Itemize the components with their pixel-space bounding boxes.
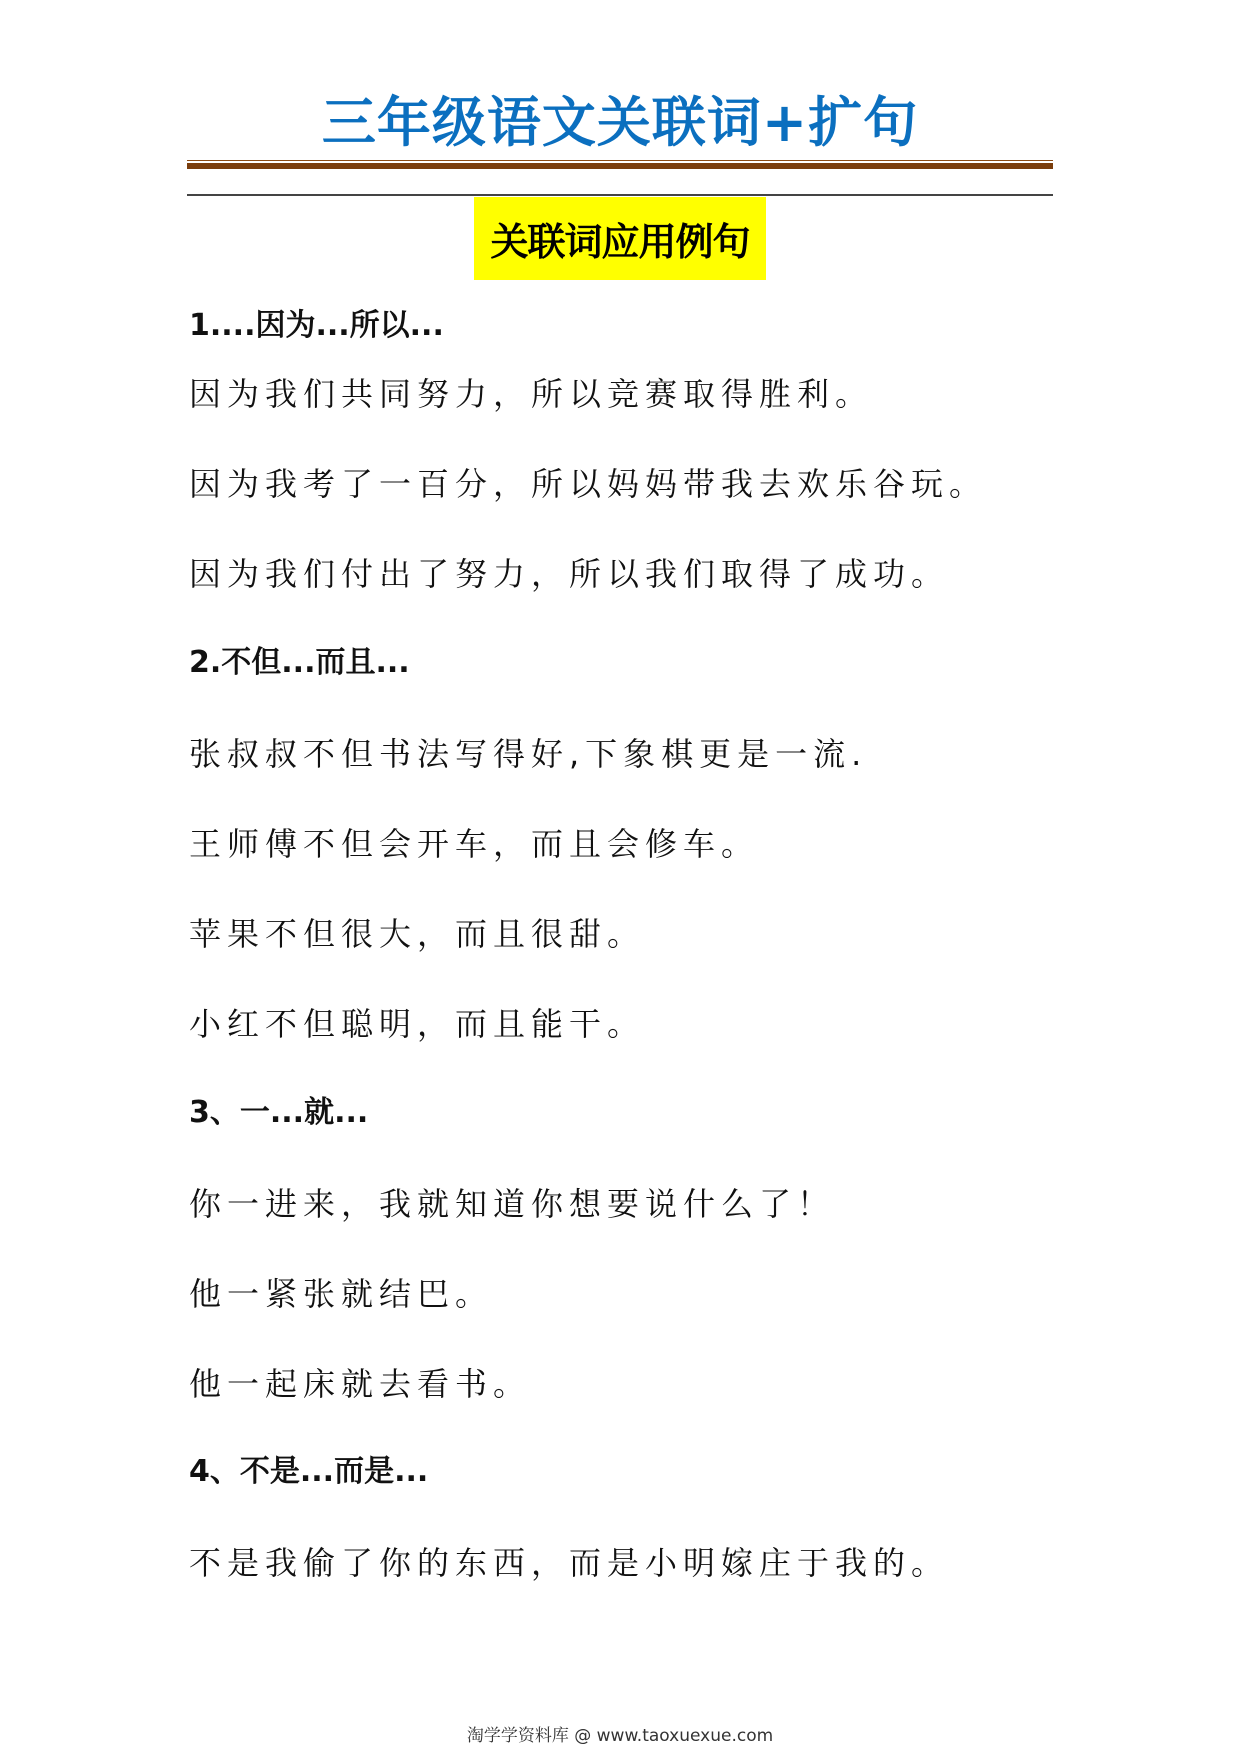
footer-watermark: 淘学学资料库 @ www.taoxuexue.com <box>0 1724 1240 1748</box>
subtitle-highlight: 关联词应用例句 <box>474 197 766 280</box>
example-sentence: 因为我考了一百分，所以妈妈带我去欢乐谷玩。 <box>189 464 987 504</box>
section-heading-2: 2.不但...而且... <box>189 643 410 683</box>
example-sentence: 因为我们共同努力，所以竞赛取得胜利。 <box>189 374 873 414</box>
example-sentence: 张叔叔不但书法写得好,下象棋更是一流. <box>189 734 867 774</box>
example-sentence: 王师傅不但会开车，而且会修车。 <box>189 824 759 864</box>
example-sentence: 苹果不但很大，而且很甜。 <box>189 914 645 954</box>
section-heading-3: 3、一...就... <box>189 1093 368 1133</box>
example-sentence: 因为我们付出了努力，所以我们取得了成功。 <box>189 554 949 594</box>
example-sentence: 不是我偷了你的东西，而是小明嫁庄于我的。 <box>189 1543 949 1583</box>
example-sentence: 小红不但聪明，而且能干。 <box>189 1004 645 1044</box>
document-title: 三年级语文关联词+扩句 <box>0 88 1240 158</box>
example-sentence: 你一进来，我就知道你想要说什么了！ <box>189 1184 835 1224</box>
title-divider-thin <box>187 160 1053 161</box>
section-heading-4: 4、不是...而是... <box>189 1452 428 1492</box>
subtitle: 关联词应用例句 <box>490 211 749 266</box>
header-rule <box>187 194 1053 196</box>
section-heading-1: 1....因为...所以... <box>189 306 444 346</box>
example-sentence: 他一紧张就结巴。 <box>189 1274 493 1314</box>
example-sentence: 他一起床就去看书。 <box>189 1364 531 1404</box>
title-divider-thick <box>187 163 1053 169</box>
